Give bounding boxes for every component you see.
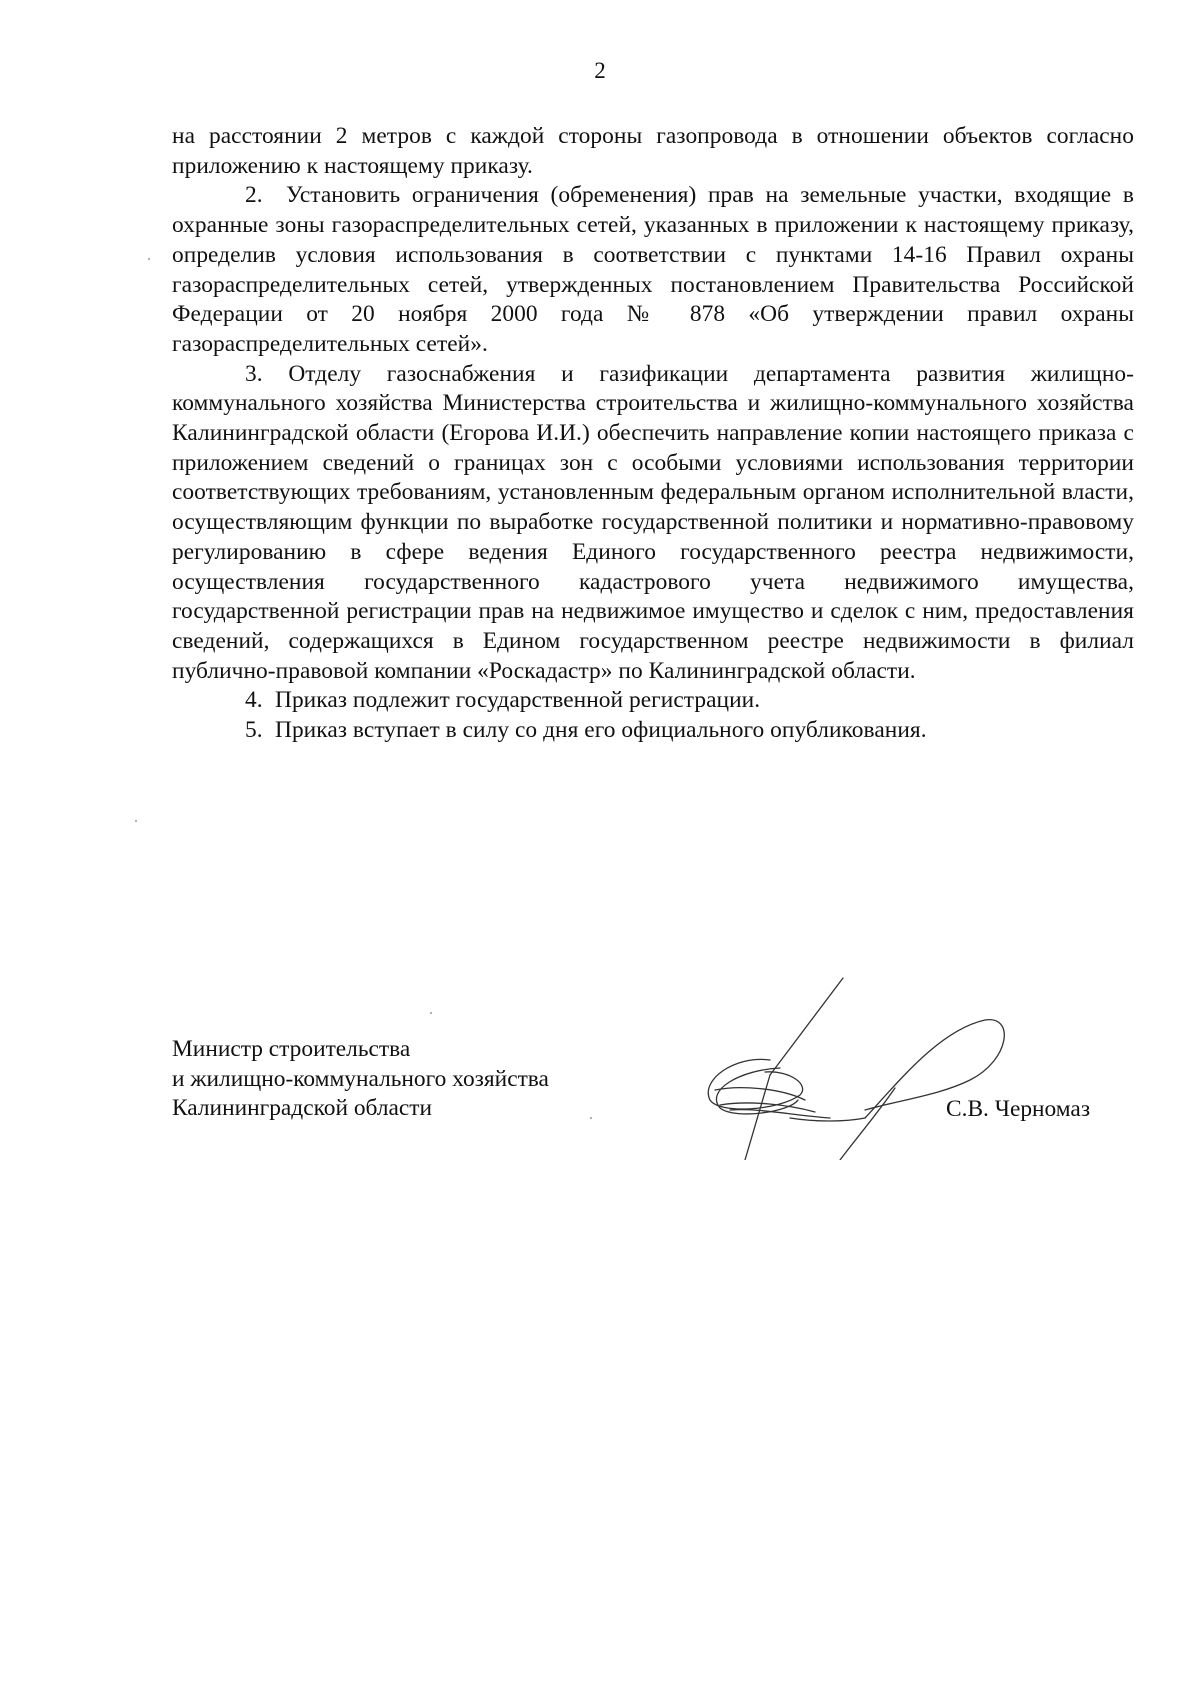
paragraph-item-5: 5.Приказ вступает в силу со дня его офиц… xyxy=(172,716,1134,746)
scan-speck xyxy=(430,1012,432,1014)
signatory-title-line: Калининградской области xyxy=(172,1094,652,1124)
paragraph-text: Приказ вступает в силу со дня его официа… xyxy=(275,717,927,743)
signatory-title-line: Министр строительства xyxy=(172,1035,652,1065)
page-number: 2 xyxy=(0,56,1200,86)
document-body: на расстоянии 2 метров с каждой стороны … xyxy=(172,122,1134,746)
paragraph-continuation: на расстоянии 2 метров с каждой стороны … xyxy=(172,122,1134,181)
scan-speck xyxy=(148,258,150,260)
signatory-title-line: и жилищно-коммунального хозяйства xyxy=(172,1065,652,1095)
paragraph-number: 5. xyxy=(245,716,275,746)
paragraph-item-4: 4.Приказ подлежит государственной регист… xyxy=(172,686,1134,716)
document-page: 2 на расстоянии 2 метров с каждой сторон… xyxy=(0,0,1200,1697)
handwritten-signature-icon xyxy=(640,960,1020,1160)
paragraph-number: 2. xyxy=(245,182,263,208)
paragraph-text: Отделу газоснабжения и газификации депар… xyxy=(172,361,1134,684)
paragraph-item-2: 2. Установить ограничения (обременения) … xyxy=(172,181,1134,359)
paragraph-item-3: 3. Отделу газоснабжения и газификации де… xyxy=(172,360,1134,687)
signatory-name: С.В. Черномаз xyxy=(946,1095,1090,1125)
scan-speck xyxy=(135,820,137,822)
paragraph-text: Установить ограничения (обременения) пра… xyxy=(172,182,1134,357)
scan-speck xyxy=(590,1117,592,1119)
paragraph-number: 4. xyxy=(245,686,275,716)
paragraph-number: 3. xyxy=(245,361,263,387)
signatory-title: Министр строительства и жилищно-коммунал… xyxy=(172,1035,652,1124)
paragraph-text: Приказ подлежит государственной регистра… xyxy=(275,687,760,713)
